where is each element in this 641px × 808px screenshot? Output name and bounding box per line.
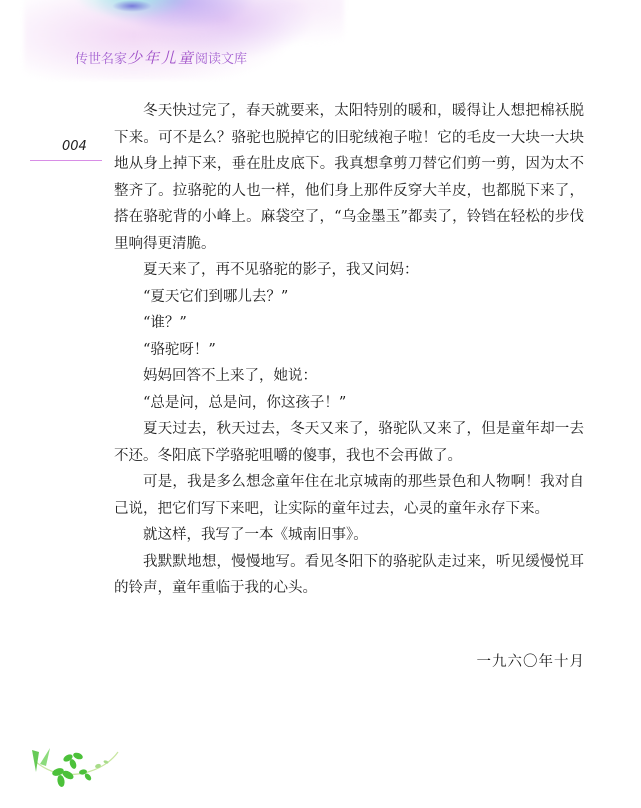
signature-date: 一九六〇年十月 [477,650,586,671]
vine-leaf-icon [28,742,128,792]
paragraph: 可是，我是多么想念童年住在北京城南的那些景色和人物啊！我对自己说，把它们写下来吧… [114,469,584,522]
paragraph: “夏天它们到哪儿去？” [114,284,584,311]
paragraph: 夏天来了，再不见骆驼的影子，我又问妈： [114,257,584,284]
paragraph: 我默默地想，慢慢地写。看见冬阳下的骆驼队走过来，听见缓慢悦耳的铃声，童年重临于我… [114,549,584,602]
paragraph: “谁？” [114,310,584,337]
watercolor-wash [24,0,344,80]
header-watercolor-art [0,0,360,82]
paragraph: 冬天快过完了，春天就要来，太阳特别的暖和，暖得让人想把棉袄脱下来。可不是么？骆驼… [114,98,584,257]
page-number-rule [30,160,102,161]
series-title-highlight: 少年儿童 [127,49,195,67]
paragraph: 夏天过去，秋天过去，冬天又来了，骆驼队又来了，但是童年却一去不还。冬阳底下学骆驼… [114,416,584,469]
series-title: 传世名家少年儿童阅读文库 [75,47,247,68]
series-title-prefix: 传世名家 [75,52,127,67]
page-number: 004 [62,139,87,154]
body-text: 冬天快过完了，春天就要来，太阳特别的暖和，暖得让人想把棉袄脱下来。可不是么？骆驼… [114,98,584,602]
series-title-suffix: 阅读文库 [195,52,247,67]
paragraph: 妈妈回答不上来了，她说： [114,363,584,390]
paragraph: 就这样，我写了一本《城南旧事》。 [114,522,584,549]
paragraph: “骆驼呀！” [114,337,584,364]
paragraph: “总是问，总是问，你这孩子！” [114,390,584,417]
ink-splash-decoration [112,0,152,12]
